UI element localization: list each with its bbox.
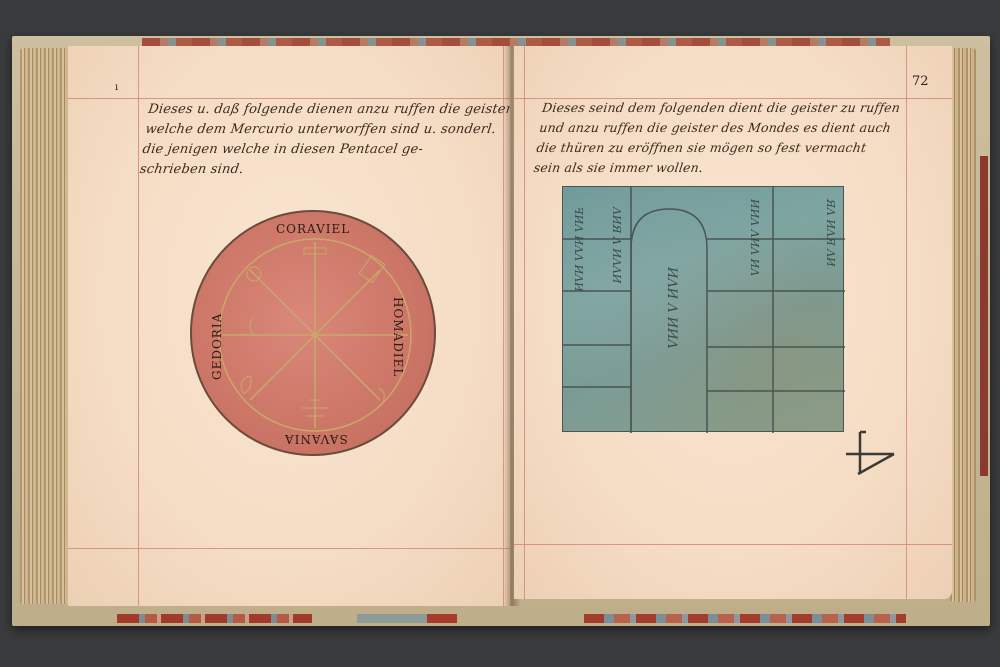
seal-name-top: CORAVIEL bbox=[276, 222, 350, 236]
cipher-column: ꟻИΛ ИΛΛ ИΛИ bbox=[572, 207, 585, 292]
mercury-seal: CORAVIEL HOMADIEL SAVANIA GEDORIA bbox=[190, 210, 436, 456]
cipher-column: ИΛИ Λ ИИΛ bbox=[664, 267, 679, 349]
ruling-line-margin bbox=[138, 46, 139, 606]
ruling-line-inner bbox=[524, 46, 525, 599]
moon-pentacle: ꟻИΛ ИΛΛ ИΛИ ΛИЯ Λ ИΛΛИ ИΛИ Λ ИИΛ ИИΛ ΛИΛ… bbox=[562, 186, 844, 432]
text-line: schrieben sind. bbox=[138, 160, 505, 180]
left-page: ı Dieses u. daß folgende dienen anzu ruf… bbox=[68, 46, 510, 606]
page-block-right bbox=[950, 48, 976, 602]
text-line: die thüren zu eröffnen sie mögen so fest… bbox=[535, 138, 896, 158]
left-page-text: Dieses u. daß folgende dienen anzu ruffe… bbox=[138, 100, 510, 180]
right-page-text: Dieses seind dem folgenden dient die gei… bbox=[532, 98, 901, 178]
folio-mark: ı bbox=[115, 82, 118, 93]
text-line: welche dem Mercurio unterworffen sind u.… bbox=[144, 120, 510, 140]
cipher-column: ИИΛ ΛИΛ ИΛ bbox=[748, 199, 761, 276]
ruling-line-bottom bbox=[514, 544, 952, 545]
cover-edge-right bbox=[980, 156, 988, 476]
cipher-column: ΛИЯ Λ ИΛΛИ bbox=[610, 207, 623, 283]
pentacle-grid bbox=[563, 187, 845, 433]
marbled-edge-bottom-left bbox=[117, 614, 312, 623]
cipher-column: ЯΛ ИΛЯ ΛИ bbox=[824, 199, 837, 267]
seal-name-left: GEDORIA bbox=[210, 313, 224, 380]
ruling-line-margin bbox=[906, 46, 907, 599]
seal-name-right: HOMADIEL bbox=[391, 297, 405, 377]
right-page: 72 Dieses seind dem folgenden dient die … bbox=[514, 46, 952, 599]
folio-number: 72 bbox=[912, 74, 929, 89]
marbled-edge-top bbox=[142, 38, 890, 46]
moon-sign-icon bbox=[846, 428, 896, 478]
seal-name-bottom: SAVANIA bbox=[284, 432, 348, 446]
text-line: sein als sie immer wollen. bbox=[532, 158, 893, 178]
marbled-edge-bottom-right bbox=[584, 614, 906, 623]
ruling-line-top bbox=[68, 98, 510, 99]
text-line: Dieses seind dem folgenden dient die gei… bbox=[541, 98, 902, 118]
text-line: Dieses u. daß folgende dienen anzu ruffe… bbox=[147, 100, 510, 120]
marbled-edge-bottom-left-2 bbox=[357, 614, 457, 623]
text-line: die jenigen welche in diesen Pentacel ge… bbox=[141, 140, 508, 160]
open-manuscript: ı Dieses u. daß folgende dienen anzu ruf… bbox=[12, 36, 990, 626]
ruling-line-bottom bbox=[68, 548, 510, 549]
page-block-left bbox=[20, 48, 70, 604]
text-line: und anzu ruffen die geister des Mondes e… bbox=[538, 118, 899, 138]
